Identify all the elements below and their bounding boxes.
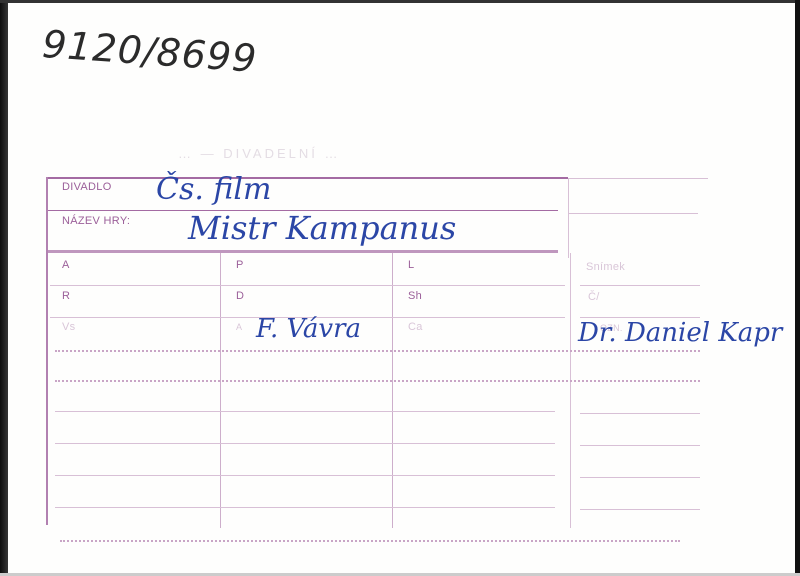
divadlo-label: DIVADLO	[62, 181, 112, 193]
label-a: A	[62, 259, 70, 271]
label-sh: Sh	[408, 290, 422, 302]
director-value: F. Vávra	[256, 314, 361, 344]
col-divider-2	[392, 253, 393, 528]
label-c: Č/	[588, 291, 600, 303]
row-line-1	[50, 285, 565, 286]
row-line-7-right	[580, 477, 700, 478]
row-line-4	[55, 380, 700, 382]
frame-top-line-right	[568, 178, 708, 179]
stamp-header: … — DIVADELNÍ …	[178, 146, 341, 161]
photographer-value: Dr. Daniel Kapr	[578, 318, 782, 348]
row-line-bottom	[60, 540, 680, 542]
nazev-hry-value: Mistr Kampanus	[188, 209, 456, 247]
row-line-5-right	[580, 413, 700, 414]
row-line-6-right	[580, 445, 700, 446]
label-vs: Vs	[62, 321, 75, 333]
row-line-8	[55, 507, 555, 508]
col-divider-3	[570, 253, 571, 528]
row-line-8-right	[580, 509, 700, 510]
label-p: P	[236, 259, 244, 271]
right-box-divider	[568, 178, 569, 258]
label-ca: Ca	[408, 321, 423, 333]
label-d: D	[236, 290, 244, 302]
scan-edge-right	[795, 0, 800, 576]
label-col2-row3: A	[236, 322, 242, 332]
row-line-5	[55, 411, 555, 412]
nazev-bottom-line	[48, 250, 558, 253]
col-divider-1	[220, 253, 221, 528]
row-line-7	[55, 475, 555, 476]
label-snimek: Snímek	[586, 261, 625, 273]
frame-top-line	[48, 177, 568, 179]
right-box-top	[568, 213, 698, 214]
frame-left-line	[46, 177, 48, 525]
label-r: R	[62, 290, 70, 302]
archive-card	[8, 3, 796, 573]
row-line-3	[55, 350, 700, 352]
label-l: L	[408, 259, 414, 271]
row-line-6	[55, 443, 555, 444]
divadlo-value: Čs. film	[156, 172, 271, 207]
row-line-1-right	[580, 285, 700, 286]
nazev-hry-label: NÁZEV HRY:	[62, 215, 130, 227]
